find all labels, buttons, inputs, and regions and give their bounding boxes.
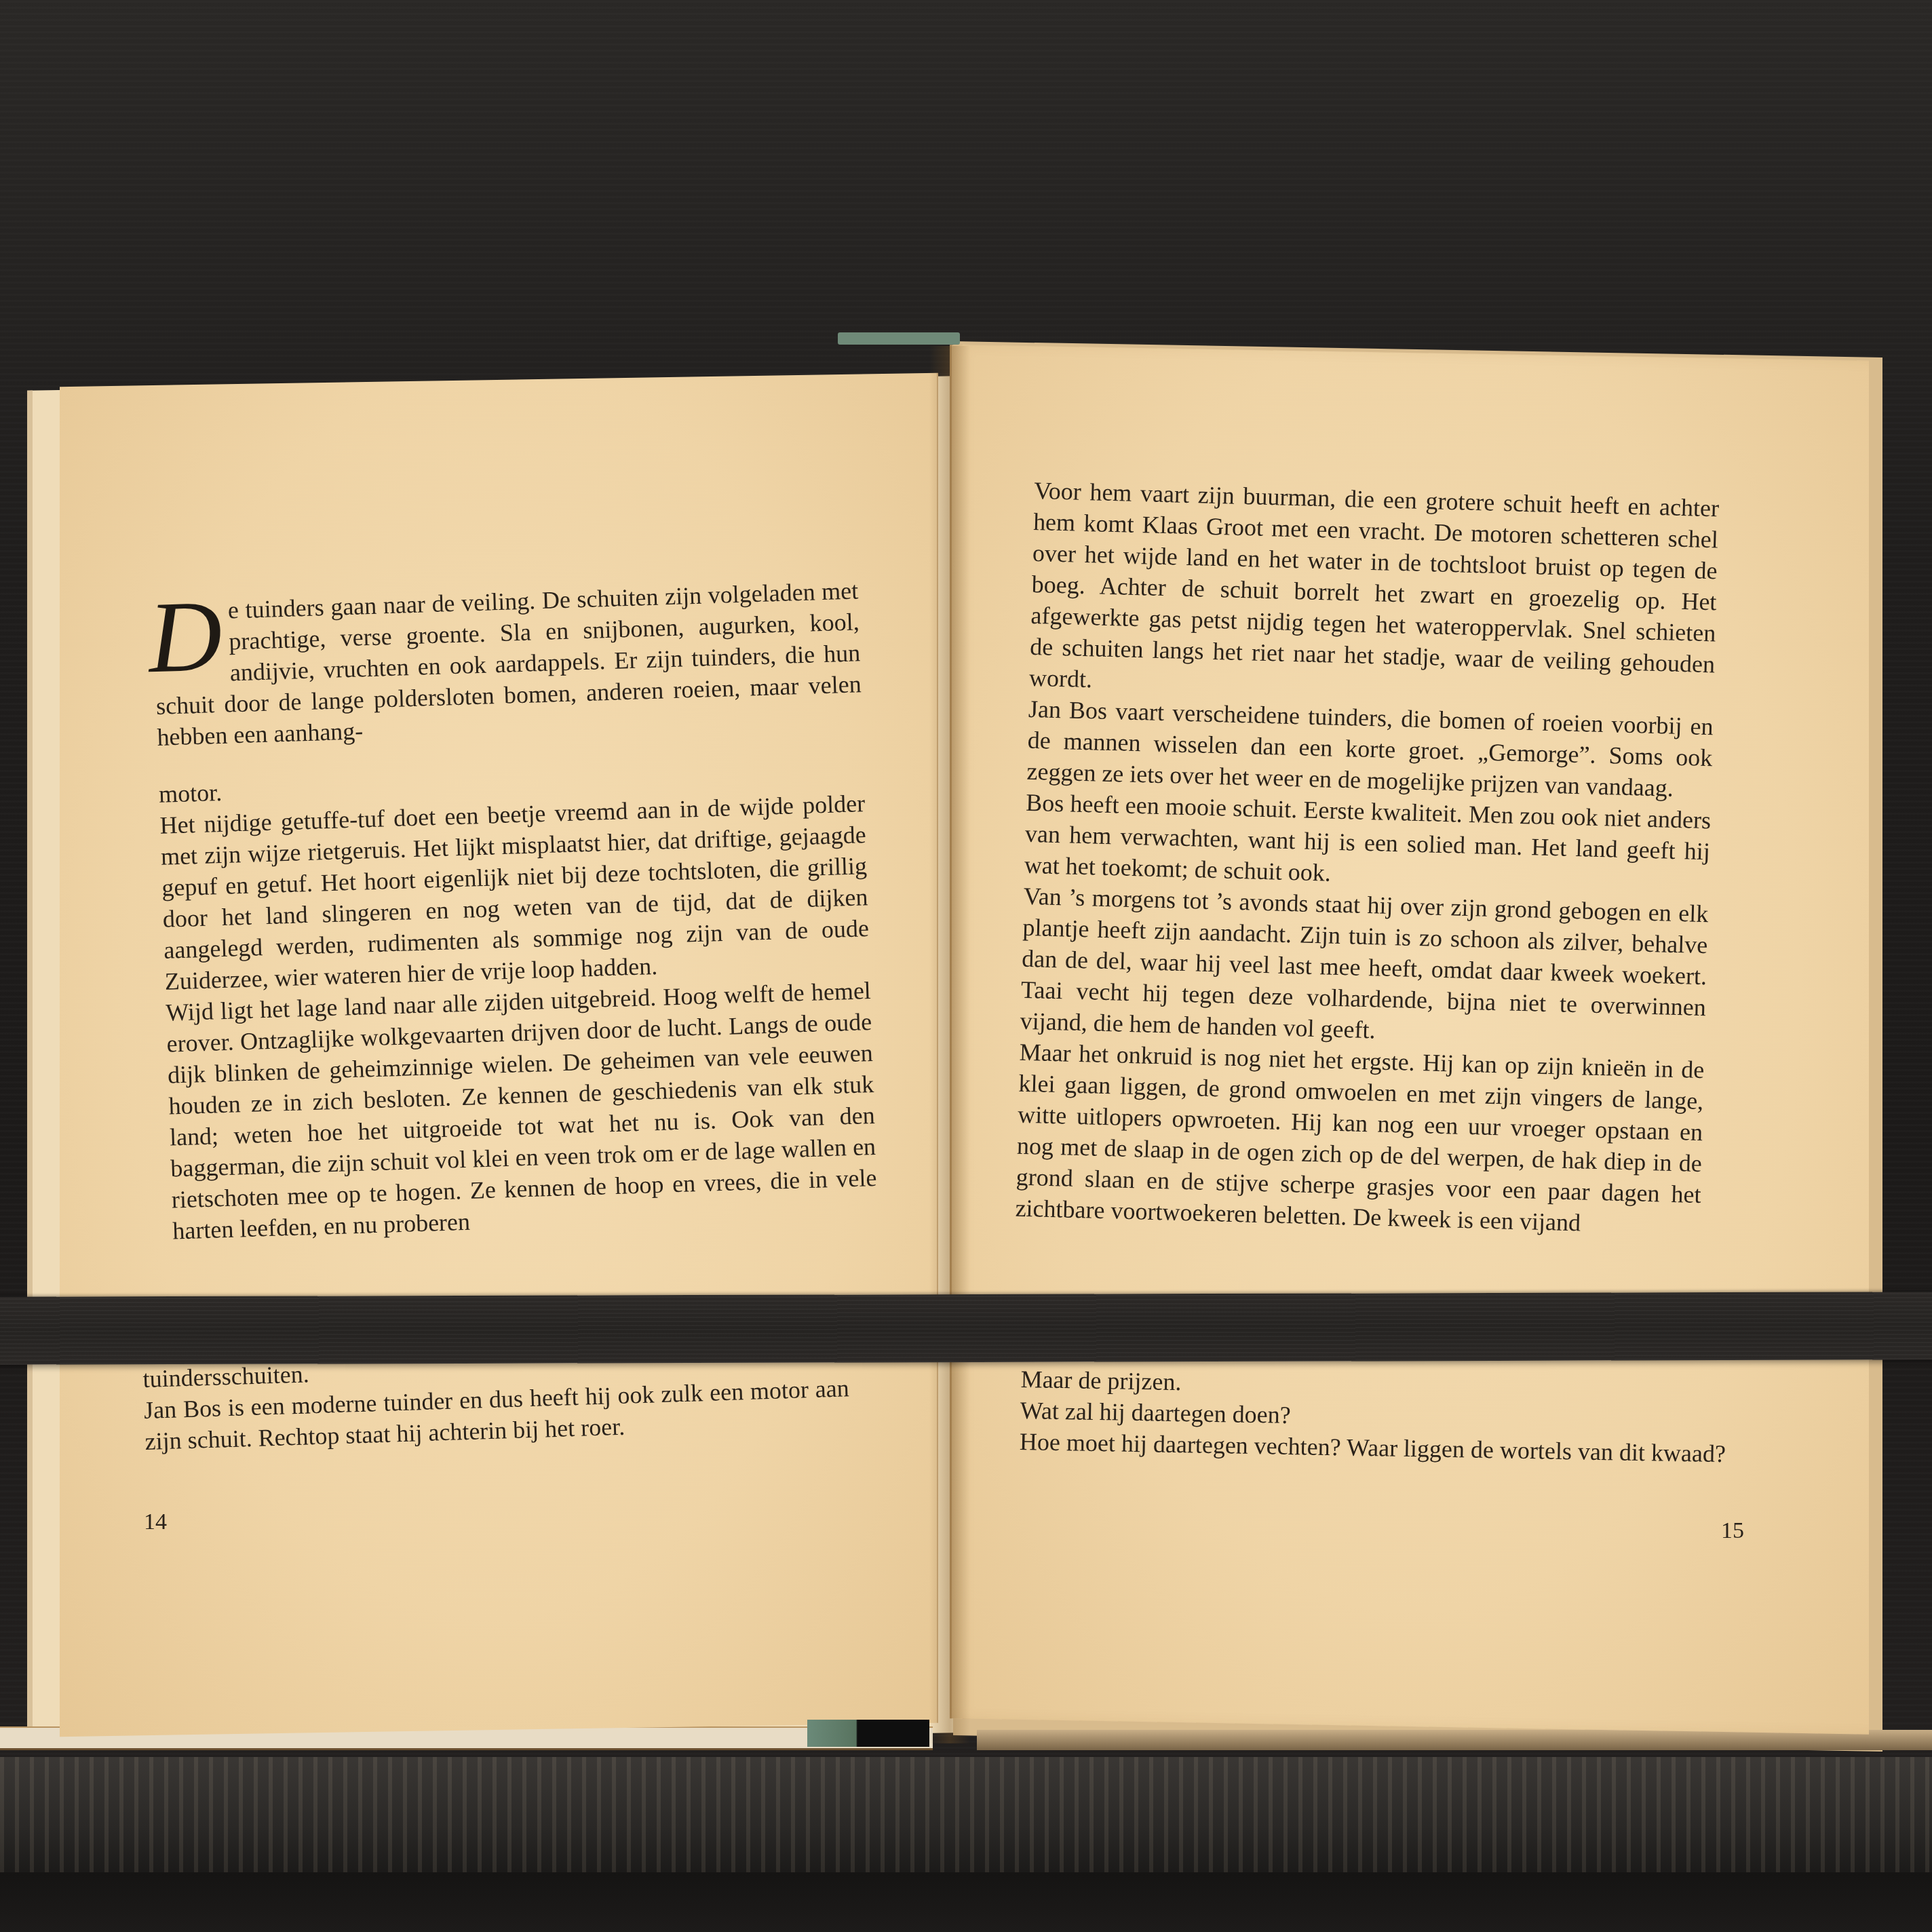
page-number-left: 14: [144, 1509, 167, 1535]
page-number-right: 15: [1721, 1518, 1744, 1544]
spine-headband-bottom: [807, 1720, 929, 1747]
paragraph: e tuinders gaan naar de veiling. De schu…: [153, 575, 863, 753]
left-page-text: D e tuinders gaan naar de veiling. De sc…: [153, 575, 878, 1246]
paragraph: Van ’s morgens tot ’s avonds staat hij o…: [1020, 881, 1709, 1054]
book-gutter: [929, 346, 970, 1743]
elastic-strap: [0, 1292, 1932, 1365]
wooden-plank-front: [0, 1757, 1932, 1872]
drop-cap: D: [147, 595, 223, 678]
paragraph: Maar het onkruid is nog niet het ergste.…: [1015, 1037, 1705, 1241]
paragraph: Bos heeft een mooie schuit. Eerste kwali…: [1024, 787, 1711, 898]
right-page-text-below-strap: Maar de prijzen. Wat zal hij daartegen d…: [1020, 1364, 1754, 1470]
paragraph: Voor hem vaart zijn buurman, die een gro…: [1029, 475, 1720, 711]
paragraph: Jan Bos vaart verscheidene tuinders, die…: [1026, 693, 1714, 805]
paragraph: Wijd ligt het lage land naar alle zijden…: [166, 975, 878, 1246]
wooden-plank-edge: [0, 1872, 1932, 1932]
paragraph: Het nijdige getuffe-tuf doet een beetje …: [159, 788, 870, 997]
right-page-text: Voor hem vaart zijn buurman, die een gro…: [1015, 475, 1720, 1241]
spine-headband-top: [838, 332, 960, 345]
